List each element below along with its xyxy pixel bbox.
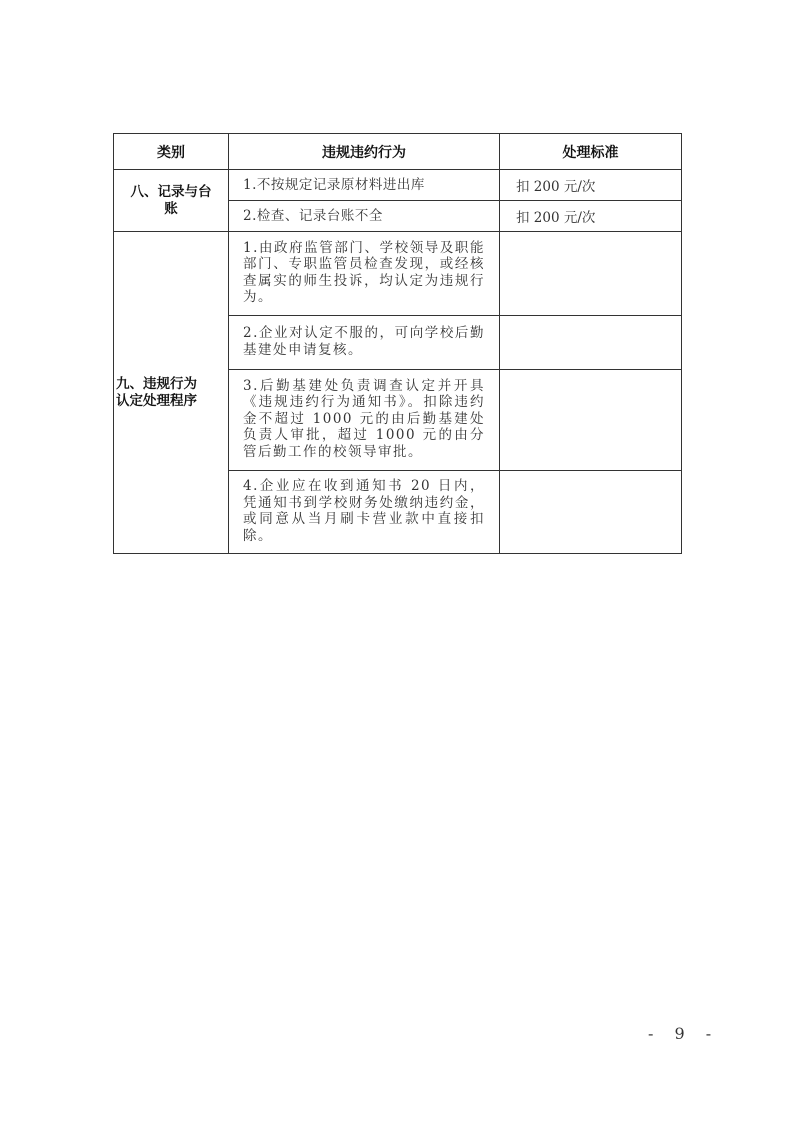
category-line: 认定处理程序: [116, 393, 228, 410]
table-row: 八、记录与台 账 1.不按规定记录原材料进出库 扣 200 元/次: [114, 170, 682, 201]
violation-cell: 2.企业对认定不服的，可向学校后勤基建处申请复核。: [229, 316, 500, 370]
category-line: 账: [114, 201, 228, 218]
violation-rules-table: 类别 违规违约行为 处理标准 八、记录与台 账 1.不按规定记录原材料进出库 扣…: [113, 133, 682, 554]
standard-cell: [500, 232, 682, 316]
violation-cell: 1.不按规定记录原材料进出库: [229, 170, 500, 201]
standard-cell: 扣 200 元/次: [500, 201, 682, 232]
violation-cell: 4.企业应在收到通知书 20 日内，凭通知书到学校财务处缴纳违约金，或同意从当月…: [229, 471, 500, 554]
category-line: 九、违规行为: [116, 376, 228, 393]
page-number: - 9 -: [648, 1024, 719, 1043]
document-page: 类别 违规违约行为 处理标准 八、记录与台 账 1.不按规定记录原材料进出库 扣…: [0, 0, 793, 1122]
header-violation: 违规违约行为: [229, 134, 500, 170]
violation-cell: 2.检查、记录台账不全: [229, 201, 500, 232]
standard-cell: [500, 370, 682, 471]
category-line: 八、记录与台: [114, 184, 228, 201]
violation-cell: 3.后勤基建处负责调查认定并开具《违规违约行为通知书》。扣除违约金不超过 100…: [229, 370, 500, 471]
table-header-row: 类别 违规违约行为 处理标准: [114, 134, 682, 170]
table-row: 九、违规行为 认定处理程序 1.由政府监管部门、学校领导及职能部门、专职监管员检…: [114, 232, 682, 316]
header-standard: 处理标准: [500, 134, 682, 170]
violation-cell: 1.由政府监管部门、学校领导及职能部门、专职监管员检查发现，或经核查属实的师生投…: [229, 232, 500, 316]
header-category: 类别: [114, 134, 229, 170]
category-cell-procedure: 九、违规行为 认定处理程序: [114, 232, 229, 554]
standard-cell: 扣 200 元/次: [500, 170, 682, 201]
category-cell-records: 八、记录与台 账: [114, 170, 229, 232]
standard-cell: [500, 316, 682, 370]
standard-cell: [500, 471, 682, 554]
